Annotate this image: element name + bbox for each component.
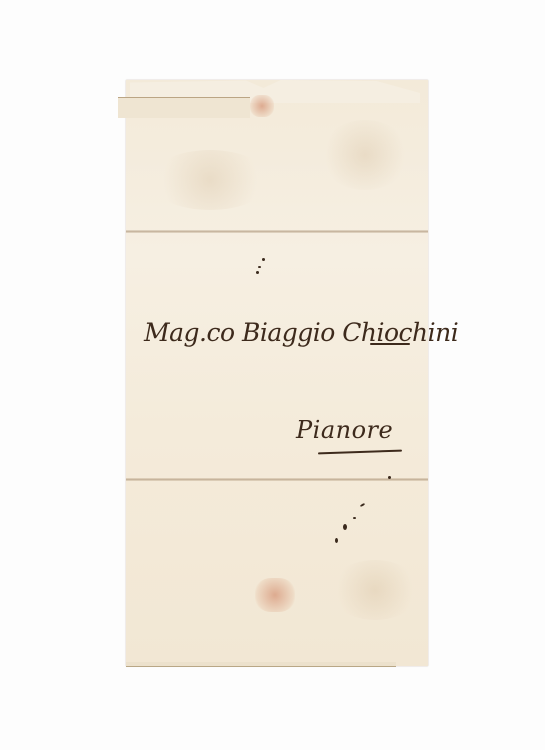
destination-handwriting: Pianore	[296, 416, 393, 444]
ink-mark	[335, 538, 338, 543]
paper-stain	[320, 120, 410, 190]
ink-mark	[388, 476, 391, 479]
fold-line-upper	[126, 230, 428, 233]
paper-stain	[150, 150, 270, 210]
ink-mark	[256, 271, 259, 274]
ink-mark	[353, 517, 356, 519]
bottom-fold-edge	[126, 662, 396, 667]
addressee-flourish	[370, 343, 410, 345]
scanned-letter-image: Mag.co Biaggio Chiochini Pianore	[0, 0, 545, 750]
wax-seal-remnant-top	[250, 95, 274, 117]
left-fold-flap	[118, 97, 250, 118]
ink-mark	[258, 266, 261, 268]
wax-seal-remnant-bottom	[255, 578, 295, 612]
paper-stain	[330, 560, 420, 620]
fold-line-lower	[126, 478, 428, 481]
ink-mark	[262, 258, 265, 261]
ink-mark	[343, 524, 347, 530]
addressee-handwriting: Mag.co Biaggio Chiochini	[144, 318, 458, 347]
